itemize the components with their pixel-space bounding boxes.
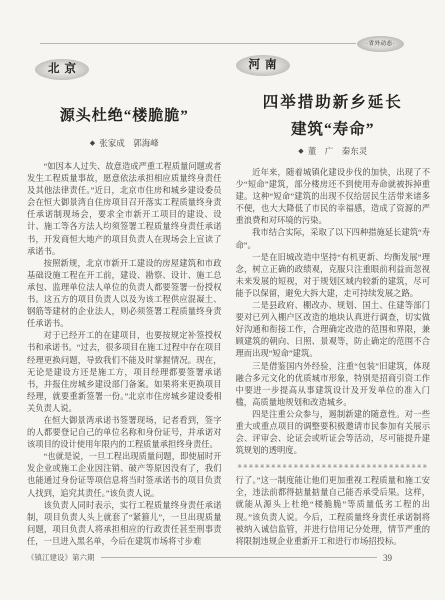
left-article-byline: ◆张家成 郭海峰 bbox=[27, 137, 222, 149]
left-article-authors: 张家成 郭海峰 bbox=[99, 138, 159, 148]
right-article: 河南 四举措助新乡延长 建筑“寿命” ◆董 广 秦东灵 近年来，随着城镇化建设步… bbox=[236, 55, 431, 548]
footer-rule bbox=[101, 557, 378, 558]
continuation-paragraph: 行了。”这一制度能让他们更加重视工程质量和施工安全，违法前都得掂量掂量自己能否承… bbox=[236, 475, 431, 548]
left-article-body: “如因本人过失、故意造成严重工程质量问题或者发生工程质量事故，愿意依法承担相应质… bbox=[27, 161, 222, 548]
journal-title: 《镇江建设》第六期 bbox=[27, 552, 95, 563]
paragraph: 近年来，随着城镇化建设步伐的加快，出现了不少“短命”建筑，部分楼房还不到使用寿命… bbox=[236, 167, 431, 227]
header-rule bbox=[40, 43, 356, 44]
paragraph: 四是注重公众参与，遏制新建的随意性。对一些重大或重点项目的调整要积极邀请市民参加… bbox=[236, 409, 431, 457]
region-badge-henan: 河南 bbox=[236, 55, 290, 76]
left-article: 北京 源头杜绝“楼脆脆” ◆张家成 郭海峰 “如因本人过失、故意造成严重工程质量… bbox=[27, 55, 222, 548]
paragraph: “也就是说，一旦工程出现质量问题，即使届时开发企业或施工企业因注销、破产等原因没… bbox=[27, 451, 222, 499]
paragraph: 该负责人同时表示，实行工程质量终身责任承诺制，项目负责人头上就套了“紧箍儿”，一… bbox=[27, 500, 222, 548]
paragraph: “如因本人过失、故意造成严重工程质量问题或者发生工程质量事故，愿意依法承担相应质… bbox=[27, 161, 222, 258]
right-article-title-line2: 建筑“寿命” bbox=[236, 117, 431, 139]
diamond-icon: ◆ bbox=[90, 139, 95, 147]
paragraph: 我市结合实际，采取了以下四种措施延长建筑“寿命”。 bbox=[236, 227, 431, 251]
right-article-title-line1: 四举措助新乡延长 bbox=[236, 90, 431, 112]
magazine-page: ·省外动态· 北京 源头杜绝“楼脆脆” ◆张家成 郭海峰 “如因本人过失、故意造… bbox=[0, 0, 445, 600]
page-footer: 《镇江建设》第六期 39 bbox=[27, 552, 430, 563]
paragraph: 一是在旧城改造中坚持“有机更新、均衡发展”理念，树立正确的政绩观，克服只注重眼前… bbox=[236, 252, 431, 300]
two-column-layout: 北京 源头杜绝“楼脆脆” ◆张家成 郭海峰 “如因本人过失、故意造成严重工程质量… bbox=[27, 55, 430, 548]
section-tag-badge: ·省外动态· bbox=[357, 36, 404, 52]
diamond-icon: ◆ bbox=[298, 147, 303, 155]
right-article-byline: ◆董 广 秦东灵 bbox=[236, 145, 431, 157]
right-article-authors: 董 广 秦东灵 bbox=[308, 146, 368, 156]
paragraph: 在恒大御景湾承诺书签署现场，记者看到，签字的人都要登记自己的单位名称和身份证号，… bbox=[27, 415, 222, 451]
paragraph: 三是借鉴国内外经验，注重“包装”旧建筑，体现融合多元文化的优质城市形象，特别是招… bbox=[236, 361, 431, 409]
paragraph: 按照新规，北京市新开工建设的房屋建筑和市政基础设施工程在开工前，建设、勘察、设计… bbox=[27, 258, 222, 331]
article-separator: ※※※※※※※※※※※※※※※※※※※※※※※※※※※※※※※※※※ bbox=[236, 464, 431, 470]
right-article-body: 近年来，随着城镇化建设步伐的加快，出现了不少“短命”建筑，部分楼房还不到使用寿命… bbox=[236, 167, 431, 457]
paragraph: 对于已经开工的在建项目，也要按规定补签授权书和承诺书。“过去，很多项目在施工过程… bbox=[27, 330, 222, 415]
left-article-title: 源头杜绝“楼脆脆” bbox=[27, 104, 222, 125]
paragraph: 二是县政府、棚改办、规划、国土、住建等部门要对已列入棚户区改造的地块认真进行调查… bbox=[236, 300, 431, 360]
page-number: 39 bbox=[383, 553, 392, 563]
region-badge-beijing: 北京 bbox=[35, 59, 89, 80]
